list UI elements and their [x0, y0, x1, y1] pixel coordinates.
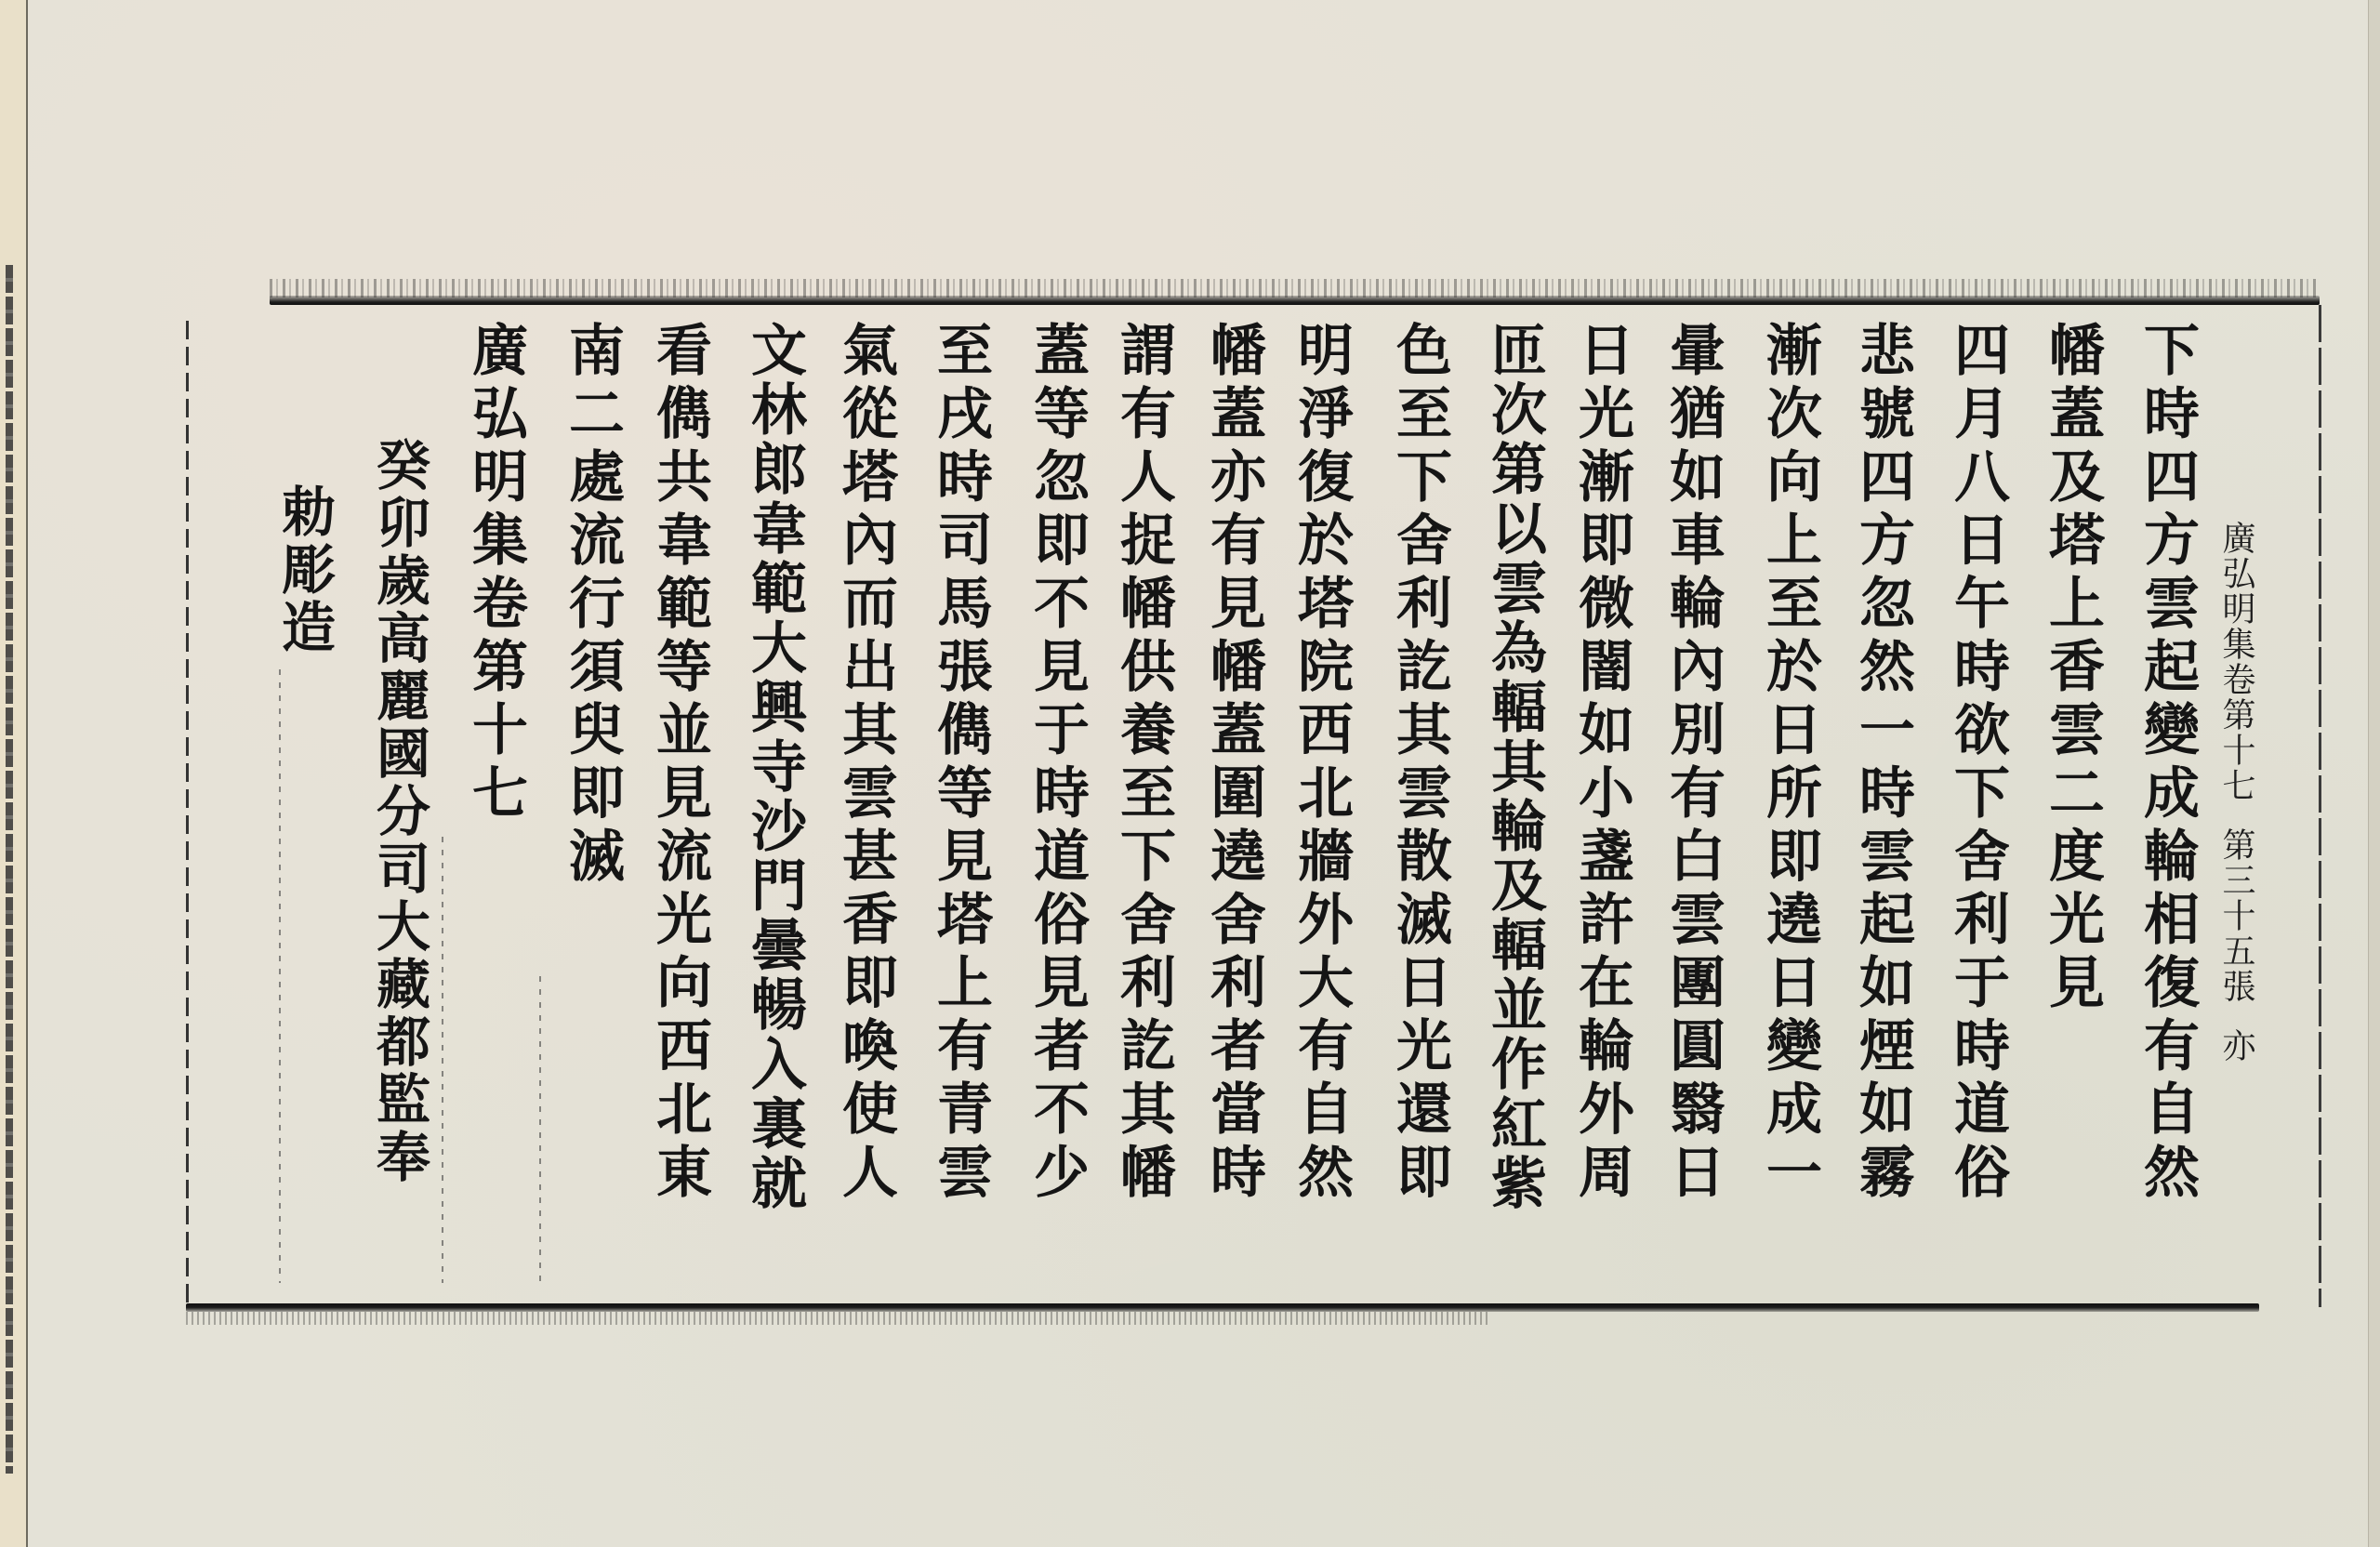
column-rule-faint [539, 976, 541, 1283]
text-column-16: 文林郎韋範大興寺沙門曇暢入裏就 [746, 321, 803, 1213]
text-column-10: 明淨復於塔院西北牆外大有自然 [1292, 321, 1350, 1206]
text-column-12: 謂有人捉幡供養至下舍利訖其幡 [1115, 321, 1172, 1206]
margin-mark: 亦 [2217, 1028, 2255, 1064]
frame-right-border [2319, 305, 2321, 1307]
page-fold-edge [0, 0, 28, 1547]
frame-bottom-ink-bleed [186, 1312, 1487, 1325]
text-column-13: 蓋等忽即不見于時道俗見者不少 [1028, 321, 1086, 1206]
margin-title: 廣弘明集卷第十七 [2217, 521, 2255, 803]
text-column-1: 下時四方雲起變成輪相復有自然 [2138, 321, 2196, 1206]
text-column-8: 匝次第以雲為輻其輪及輻並作紅紫 [1486, 321, 1543, 1213]
frame-top-border [270, 296, 2320, 305]
column-rule-faint [442, 837, 443, 1283]
frame-left-border [186, 321, 189, 1306]
text-column-5: 漸次向上至於日所即遶日變成一 [1761, 321, 1818, 1206]
column-rule-faint [279, 669, 281, 1283]
page-right-edge [2368, 0, 2380, 1547]
colophon-line-1: 癸卯歲高麗國分司大藏都監奉 [370, 437, 428, 1186]
text-column-18: 南二處流行須臾即滅 [563, 321, 621, 890]
frame-bottom-border [186, 1303, 2259, 1312]
text-column-14: 至戌時司馬張儁等見塔上有青雲 [932, 321, 989, 1206]
frame-top-ink-bleed [270, 279, 2320, 297]
volume-end-title: 廣弘明集卷第十七 [467, 321, 524, 826]
fold-ink-smudge [6, 265, 13, 1474]
text-column-7: 日光漸即微闇如小盞許在輪外周 [1573, 321, 1631, 1206]
colophon-line-2: 勅彫造 [275, 483, 333, 656]
text-column-2: 幡蓋及塔上香雲二度光見 [2043, 321, 2101, 1016]
text-column-6: 暈猶如車輪內別有白雲團圓翳日 [1664, 321, 1722, 1206]
margin-label: 廣弘明集卷第十七第三十五張亦 [2213, 521, 2260, 1064]
text-column-11: 幡蓋亦有見幡蓋圍遶舍利者當時 [1205, 321, 1263, 1206]
text-column-17: 看儁共韋範等並見流光向西北東 [651, 321, 708, 1206]
text-column-15: 氣從塔內而出其雲甚香即喚使人 [837, 321, 894, 1206]
text-column-4: 悲號四方忽然一時雲起如煙如霧 [1854, 321, 1911, 1206]
margin-page-number: 第三十五張 [2217, 827, 2255, 1004]
text-column-9: 色至下舍利訖其雲散滅日光還即 [1391, 321, 1448, 1206]
text-column-3: 四月八日午時欲下舍利于時道俗 [1949, 321, 2006, 1206]
